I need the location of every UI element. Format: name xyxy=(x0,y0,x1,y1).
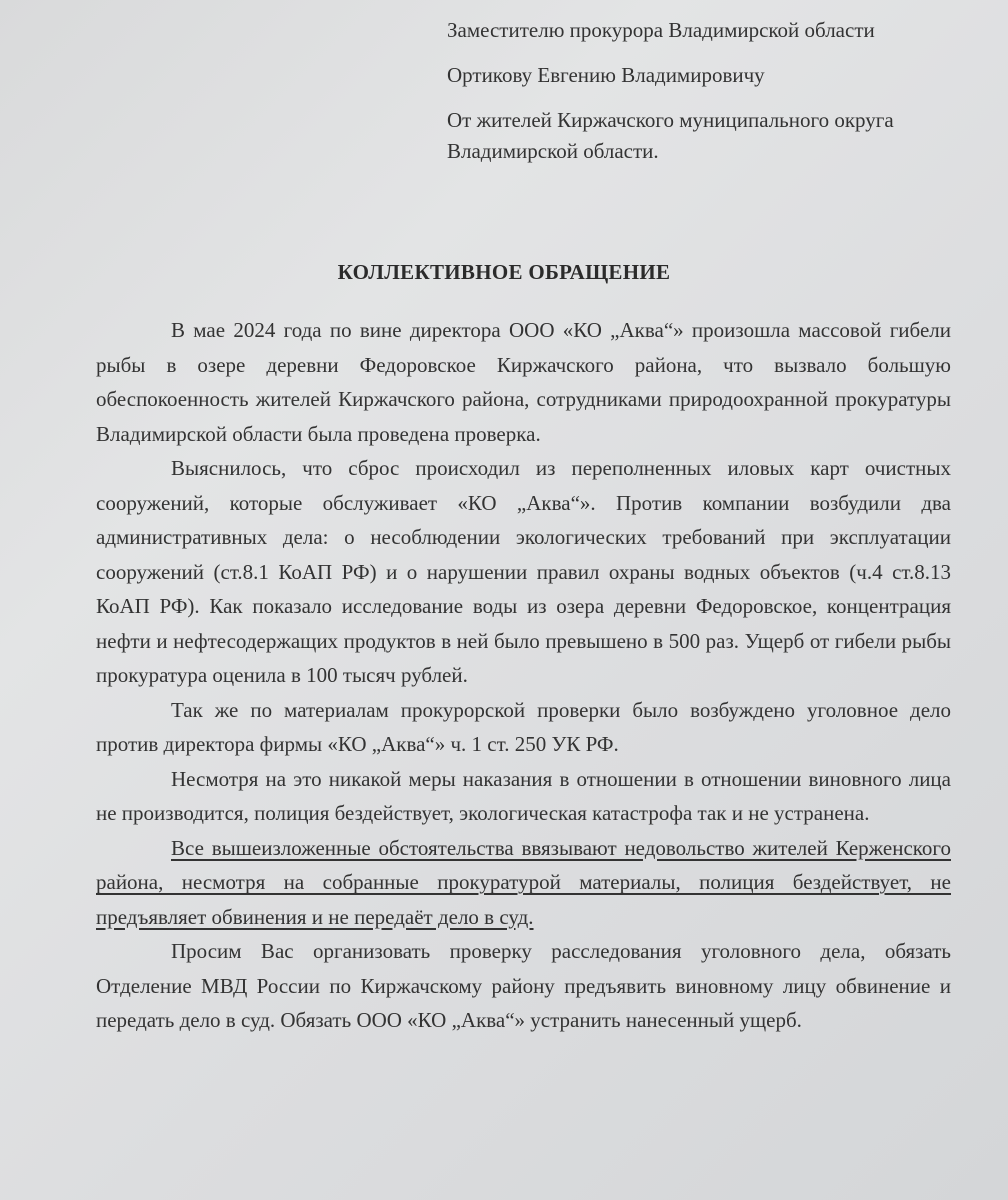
paragraph-incident: В мае 2024 года по вине директора ООО «К… xyxy=(96,313,951,451)
paragraph-inaction: Несмотря на это никакой меры наказания в… xyxy=(96,762,951,831)
document-body: В мае 2024 года по вине директора ООО «К… xyxy=(96,313,951,1038)
document-title: КОЛЛЕКТИВНОЕ ОБРАЩЕНИЕ xyxy=(0,260,1008,285)
addressee-block: Заместителю прокурора Владимирской облас… xyxy=(447,15,927,181)
document-page: Заместителю прокурора Владимирской облас… xyxy=(0,0,1008,1200)
paragraph-investigation: Выяснилось, что сброс происходил из пере… xyxy=(96,451,951,693)
paragraph-request: Просим Вас организовать проверку расслед… xyxy=(96,934,951,1038)
addressee-recipient-name: Ортикову Евгению Владимировичу xyxy=(447,60,927,91)
addressee-sender: От жителей Киржачского муниципального ок… xyxy=(447,105,927,167)
addressee-recipient-title: Заместителю прокурора Владимирской облас… xyxy=(447,15,927,46)
underlined-text: Все вышеизложенные обстоятельства ввязыв… xyxy=(96,836,951,929)
paragraph-criminal-case: Так же по материалам прокурорской провер… xyxy=(96,693,951,762)
paragraph-discontent: Все вышеизложенные обстоятельства ввязыв… xyxy=(96,831,951,935)
